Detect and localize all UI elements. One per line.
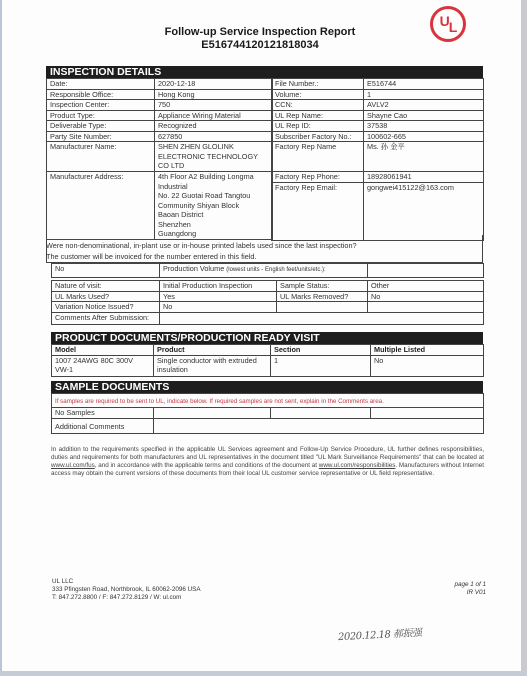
product-documents-header: PRODUCT DOCUMENTS/PRODUCTION READY VISIT — [51, 332, 483, 344]
factory-rep-phone-label: Factory Rep Phone: — [272, 172, 364, 183]
party-site-number-value: 627850 — [155, 131, 273, 142]
samples-empty-3 — [371, 408, 484, 419]
volume-label: Volume: — [272, 89, 364, 100]
date-value: 2020-12-18 — [155, 79, 273, 90]
manufacturer-address-label: Manufacturer Address: — [47, 172, 155, 240]
samples-empty-2 — [271, 408, 371, 419]
company-address: 333 Pfingsten Road, Northbrook, IL 60062… — [52, 586, 201, 594]
company-contact: T: 847.272.8800 / F: 847.272.8129 / W: u… — [52, 594, 201, 602]
responsible-office-value: Hong Kong — [155, 89, 273, 100]
page-info: page 1 of 1 IR V01 — [440, 581, 486, 596]
product-type-label: Product Type: — [47, 110, 155, 121]
factory-rep-email-value: gongwei415122@163.com — [364, 182, 484, 240]
comments-after-submission-value — [160, 313, 484, 325]
ul-marks-used-value: Yes — [160, 291, 277, 302]
party-site-number-label: Party Site Number: — [47, 131, 155, 142]
additional-comments-value — [154, 418, 484, 433]
sample-status-label: Sample Status: — [277, 281, 368, 292]
ul-marks-used-label: UL Marks Used? — [52, 291, 160, 302]
labels-answer-table: No Production Volume (lowest units - Eng… — [51, 263, 484, 278]
report-title: Follow-up Service Inspection Report — [160, 26, 360, 39]
fus-link[interactable]: www.ul.com/fus — [51, 462, 95, 469]
ul-address-block: UL LLC 333 Pfingsten Road, Northbrook, I… — [52, 578, 201, 602]
ul-rep-id-label: UL Rep ID: — [272, 121, 364, 132]
ul-logo-icon: UL — [430, 6, 466, 42]
col-header-section: Section — [271, 345, 371, 356]
deliverable-type-label: Deliverable Type: — [47, 121, 155, 132]
date-label: Date: — [47, 79, 155, 90]
ccn-value: AVLV2 — [364, 100, 484, 111]
sample-status-value: Other — [368, 281, 484, 292]
ul-rep-id-value: 37538 — [364, 121, 484, 132]
responsible-office-label: Responsible Office: — [47, 89, 155, 100]
responsibilities-link[interactable]: www.ul.com/responsibilities — [319, 462, 396, 469]
sample-documents-table: If samples are required to be sent to UL… — [51, 393, 484, 434]
ul-rep-name-value: Shayne Cao — [364, 110, 484, 121]
col-header-product: Product — [154, 345, 271, 356]
nature-of-visit-label: Nature of visit: — [52, 281, 160, 292]
production-volume-value — [368, 264, 484, 278]
col-header-model: Model — [52, 345, 154, 356]
ul-marks-removed-label: UL Marks Removed? — [277, 291, 368, 302]
ccn-label: CCN: — [272, 100, 364, 111]
variation-empty-cell-1 — [277, 302, 368, 313]
samples-note: If samples are required to be sent to UL… — [52, 394, 484, 408]
samples-value: No Samples — [52, 408, 154, 419]
subscriber-factory-no-value: 100602-665 — [364, 131, 484, 142]
variation-notice-value: No — [160, 302, 277, 313]
samples-empty-1 — [154, 408, 271, 419]
page-number: page 1 of 1 — [440, 581, 486, 589]
factory-rep-email-label: Factory Rep Email: — [272, 182, 364, 240]
ul-rep-name-label: UL Rep Name: — [272, 110, 364, 121]
ul-marks-removed-value: No — [368, 291, 484, 302]
inspection-details-right-table: File Number.:E516744 Volume:1 CCN:AVLV2 … — [271, 78, 484, 241]
comments-after-submission-label: Comments After Submission: — [52, 313, 160, 325]
subscriber-factory-no-label: Subscriber Factory No.: — [272, 131, 364, 142]
labels-question-text: Were non-denominational, in-plant use or… — [46, 240, 357, 262]
company-name: UL LLC — [52, 578, 201, 586]
multiple-listed-cell: No — [371, 355, 484, 376]
revision: IR V01 — [440, 589, 486, 597]
terms-paragraph: In addition to the requirements specifie… — [51, 446, 484, 478]
file-number-value: E516744 — [364, 79, 484, 90]
manufacturer-name-value: SHEN ZHEN GLOLINK ELECTRONIC TECHNOLOGY … — [155, 142, 273, 172]
factory-rep-phone-value: 18928061941 — [364, 172, 484, 183]
manufacturer-address-value: 4th Floor A2 Building Longma Industrial … — [155, 172, 273, 240]
visit-details-table: Nature of visit: Initial Production Insp… — [51, 280, 484, 325]
col-header-multiple-listed: Multiple Listed — [371, 345, 484, 356]
viewer-bottom-edge — [0, 671, 527, 676]
variation-notice-label: Variation Notice Issued? — [52, 302, 160, 313]
inspection-details-left-table: Date:2020-12-18 Responsible Office:Hong … — [46, 78, 273, 240]
production-volume-label: Production Volume (lowest units - Englis… — [160, 264, 368, 278]
manufacturer-name-label: Manufacturer Name: — [47, 142, 155, 172]
product-cell: Single conductor with extruded insulatio… — [154, 355, 271, 376]
viewer-scrollbar-track[interactable] — [521, 0, 527, 676]
report-number: E516744120121818034 — [160, 39, 360, 52]
variation-empty-cell-2 — [368, 302, 484, 313]
inspection-center-value: 750 — [155, 100, 273, 111]
report-header: Follow-up Service Inspection Report E516… — [160, 26, 360, 52]
factory-rep-name-label: Factory Rep Name — [272, 142, 364, 172]
product-documents-table: Model Product Section Multiple Listed 10… — [51, 344, 484, 377]
labels-used-answer: No — [52, 264, 160, 278]
model-cell: 1007 24AWG 80C 300V VW-1 — [52, 355, 154, 376]
inspection-center-label: Inspection Center: — [47, 100, 155, 111]
product-type-value: Appliance Wiring Material — [155, 110, 273, 121]
sample-documents-header: SAMPLE DOCUMENTS — [51, 381, 483, 393]
nature-of-visit-value: Initial Production Inspection — [160, 281, 277, 292]
inspection-details-header: INSPECTION DETAILS — [46, 66, 483, 78]
factory-rep-name-value: Ms. 孙 金平 — [364, 142, 484, 172]
volume-value: 1 — [364, 89, 484, 100]
table-row: 1007 24AWG 80C 300V VW-1 Single conducto… — [52, 355, 484, 376]
deliverable-type-value: Recognized — [155, 121, 273, 132]
file-number-label: File Number.: — [272, 79, 364, 90]
additional-comments-label: Additional Comments — [52, 418, 154, 433]
section-cell: 1 — [271, 355, 371, 376]
